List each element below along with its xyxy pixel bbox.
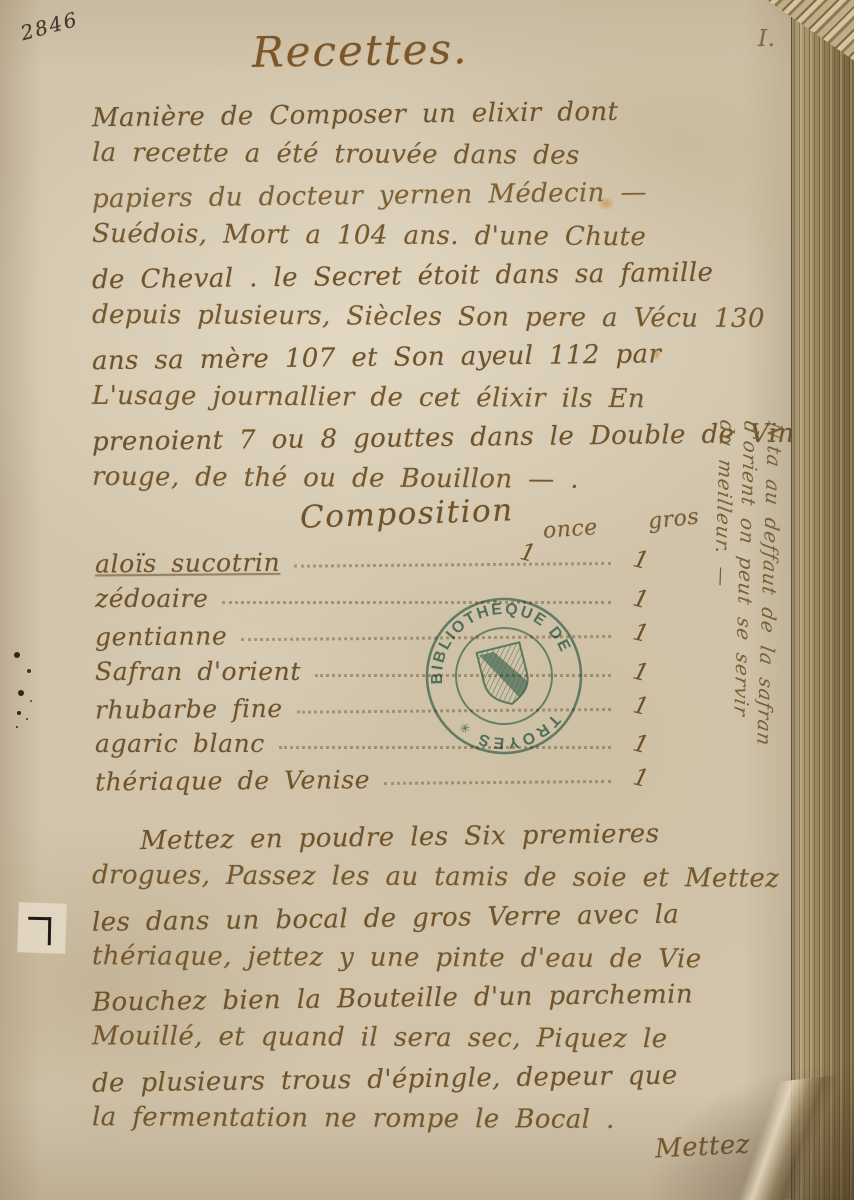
page-curl-highlight (696, 1074, 854, 1200)
manuscript-line: la recette a été trouvée dans des (92, 132, 795, 177)
page-number: I. (758, 26, 775, 52)
manuscript-line: Manière de Composer un elixir dont (92, 90, 795, 139)
page-title: Recettes. (252, 24, 469, 77)
quantity-gros: 1 (618, 542, 663, 579)
composition-heading: Composition (299, 492, 514, 535)
ingredient-name: gentianne (95, 621, 227, 651)
manuscript-line: papiers du docteur yernen Médecin — (92, 171, 795, 220)
unit-header-gros: gros (647, 504, 700, 534)
ingredient-name: agaric blanc (95, 729, 265, 758)
ingredient-name: Safran d'orient (95, 657, 301, 686)
book-fore-edge (791, 0, 854, 1200)
intro-paragraph: Manière de Composer un elixir dont la re… (92, 94, 795, 499)
ingredient-name: zédoaire (95, 584, 208, 613)
ink-blot (14, 652, 20, 658)
quantity-gros: 1 (618, 760, 663, 797)
dotted-leader (294, 562, 611, 568)
quantity-gros: 1 (618, 615, 663, 652)
margin-note: N.ta au deffaut de la safran d'orient on… (699, 420, 786, 854)
manuscript-line: de Cheval . le Secret étoit dans sa fami… (92, 252, 795, 301)
manuscript-line: Mouillé, et quand il sera sec, Piquez le (92, 1017, 780, 1061)
ink-smudge (652, 348, 661, 361)
manuscript-line: les dans un bocal de gros Verre avec la (92, 893, 780, 943)
manuscript-line: depuis plusieurs, Siècles Son pere a Véc… (92, 294, 795, 339)
stamp-shield (477, 642, 534, 709)
ingredient-name: aloïs sucotrin (95, 548, 280, 579)
manuscript-line: thériaque, jettez y une pinte d'eau de V… (92, 936, 780, 980)
ingredient-row: thériaque de Venise 1 (95, 756, 661, 797)
ingredient-name: thériaque de Venise (95, 766, 370, 797)
manuscript-line: ans sa mère 107 et Son ayeul 112 par (92, 333, 795, 382)
manuscript-line: prenoient 7 ou 8 gouttes dans le Double … (92, 414, 795, 463)
ingredient-row: zédoaire 1 (95, 576, 661, 612)
inventory-number: 2846 (18, 7, 81, 45)
corner-mark (28, 917, 51, 945)
dotted-leader (384, 781, 611, 786)
ink-smudge (597, 196, 615, 211)
quantity-gros: 1 (618, 687, 663, 724)
manuscript-page-scan: 2846 Recettes. I. Manière de Composer un… (0, 0, 854, 1200)
stamp-star: ✳ (458, 721, 472, 738)
manuscript-line: drogues, Passez les au tamis de soie et … (92, 855, 780, 899)
manuscript-line: Suédois, Mort a 104 ans. d'une Chute (92, 213, 795, 258)
ingredient-name: rhubarbe fine (95, 694, 283, 725)
manuscript-line: Mettez en poudre les Six premieres (92, 812, 780, 862)
manuscript-line: L'usage journallier de cet élixir ils En (92, 375, 795, 420)
ingredient-row: aloïs sucotrin 1 1 (95, 538, 661, 579)
